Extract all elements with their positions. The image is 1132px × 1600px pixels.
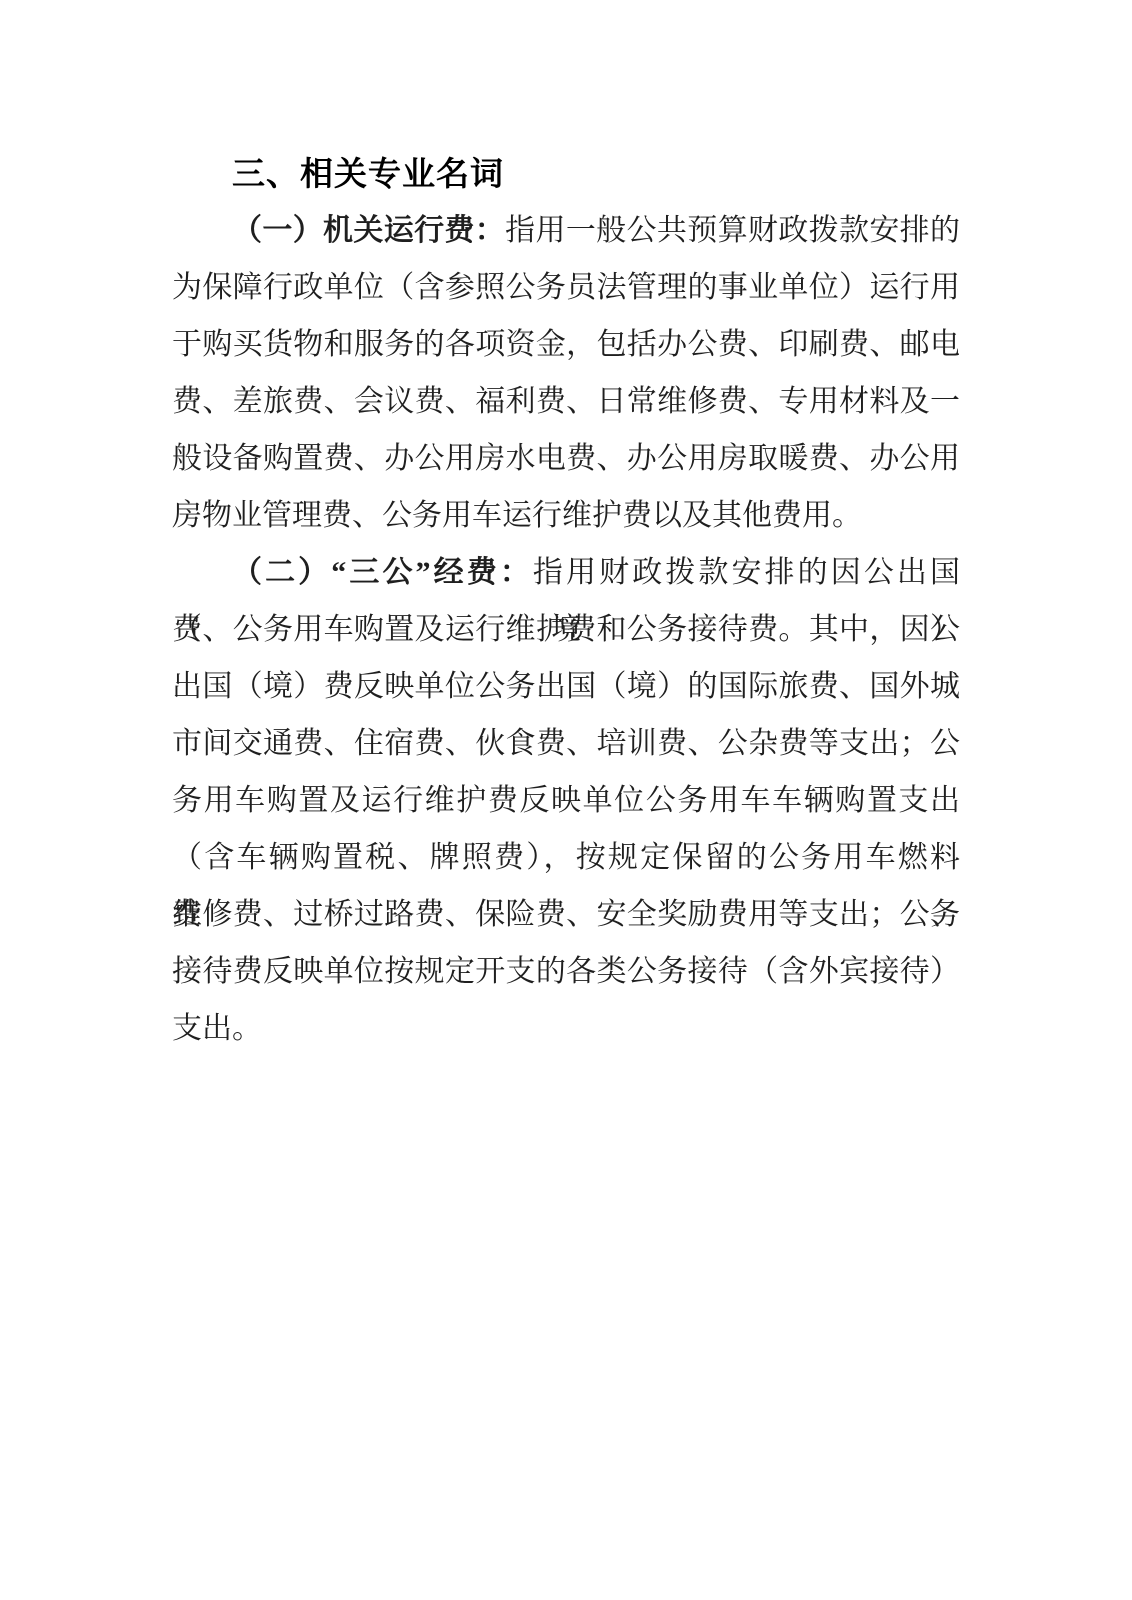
term-definition-start: 指用一般公共预算财政拨款安排的 (505, 214, 960, 247)
paragraph-agency-operating-expense: （一）机关运行费：指用一般公共预算财政拨款安排的 为保障行政单位（含参照公务员法… (172, 202, 960, 544)
text-line: 为保障行政单位（含参照公务员法管理的事业单位）运行用 (172, 259, 960, 316)
text-line: 于购买货物和服务的各项资金，包括办公费、印刷费、邮电 (172, 316, 960, 373)
text-line: 接待费反映单位按规定开支的各类公务接待（含外宾接待） (172, 943, 960, 1000)
text-line: 费、差旅费、会议费、福利费、日常维修费、专用材料及一 (172, 373, 960, 430)
text-line: （含车辆购置税、牌照费），按规定保留的公务用车燃料费、 (172, 829, 960, 886)
text-line: 房物业管理费、公务用车运行维护费以及其他费用。 (172, 487, 960, 544)
document-page: 三、相关专业名词 （一）机关运行费：指用一般公共预算财政拨款安排的 为保障行政单… (0, 0, 1132, 1600)
text-line: 务用车购置及运行维护费反映单位公务用车车辆购置支出 (172, 772, 960, 829)
term-label: （二）“三公”经费： (232, 556, 533, 589)
paragraph-three-public-funds: （二）“三公”经费：指用财政拨款安排的因公出国（境） 费、公务用车购置及运行维护… (172, 544, 960, 1057)
text-line: （二）“三公”经费：指用财政拨款安排的因公出国（境） (172, 544, 960, 601)
document-content: 三、相关专业名词 （一）机关运行费：指用一般公共预算财政拨款安排的 为保障行政单… (172, 145, 960, 1057)
section-heading: 三、相关专业名词 (232, 145, 960, 202)
text-line: 费、公务用车购置及运行维护费和公务接待费。其中，因公 (172, 601, 960, 658)
text-line: 支出。 (172, 1000, 960, 1057)
text-line: 市间交通费、住宿费、伙食费、培训费、公杂费等支出；公 (172, 715, 960, 772)
text-line: 出国（境）费反映单位公务出国（境）的国际旅费、国外城 (172, 658, 960, 715)
text-line: 维修费、过桥过路费、保险费、安全奖励费用等支出；公务 (172, 886, 960, 943)
term-label: （一）机关运行费： (232, 214, 505, 247)
text-line: 般设备购置费、办公用房水电费、办公用房取暖费、办公用 (172, 430, 960, 487)
text-line: （一）机关运行费：指用一般公共预算财政拨款安排的 (172, 202, 960, 259)
